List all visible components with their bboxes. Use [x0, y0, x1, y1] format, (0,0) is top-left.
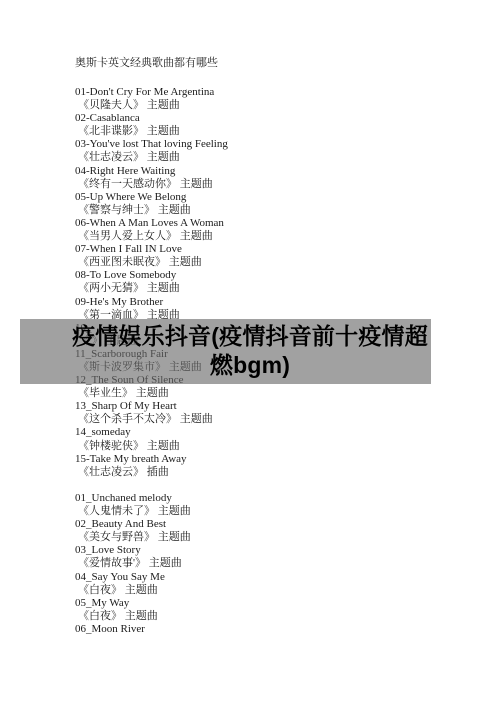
song-list-item: 01_Unchaned melody 《人鬼情未了》 主题曲	[75, 492, 490, 518]
song-title-line: 04_Say You Say Me	[75, 571, 490, 584]
song-title-line: 04-Right Here Waiting	[75, 165, 490, 178]
song-list-item: 02_Beauty And Best 《美女与野兽》 主题曲	[75, 518, 490, 544]
song-title-line: 03-You've lost That loving Feeling	[75, 138, 490, 151]
song-list-item: 01-Don't Cry For Me Argentina 《贝隆夫人》 主题曲	[75, 86, 490, 112]
song-title-line: 14_someday	[75, 426, 490, 439]
song-list-item: 02-Casablanca 《北非谍影》 主题曲	[75, 112, 490, 138]
song-title-line: 02-Casablanca	[75, 112, 490, 125]
song-movie-line: 《白夜》 主题曲	[75, 584, 490, 597]
song-title-line: 07-When I Fall IN Love	[75, 243, 490, 256]
watermark-title-line1: 疫情娱乐抖音(疫情抖音前十疫情超	[0, 322, 500, 351]
song-movie-line: 《终有一天感动你》 主题曲	[75, 178, 490, 191]
song-list-item: 03-You've lost That loving Feeling 《壮志凌云…	[75, 138, 490, 164]
song-title-line: 13_Sharp Of My Heart	[75, 400, 490, 413]
song-title-line: 15-Take My breath Away	[75, 453, 490, 466]
song-movie-line: 《警察与绅士》 主题曲	[75, 204, 490, 217]
song-list-item: 03_Love Story 《爱情故事'》 主题曲	[75, 544, 490, 570]
oscar-song-list: 01-Don't Cry For Me Argentina 《贝隆夫人》 主题曲…	[75, 86, 490, 479]
song-title-line: 03_Love Story	[75, 544, 490, 557]
song-title-line: 09-He's My Brother	[75, 296, 490, 309]
song-movie-line: 《西亚图未眠夜》 主题曲	[75, 256, 490, 269]
song-movie-line: 《爱情故事'》 主题曲	[75, 557, 490, 570]
song-title-line: 05_My Way	[75, 597, 490, 610]
song-list-item: 08-To Love Somebody 《两小无猜》 主题曲	[75, 269, 490, 295]
song-list-item: 06-When A Man Loves A Woman 《当男人爱上女人》 主题…	[75, 217, 490, 243]
article-heading: 奥斯卡英文经典歌曲都有哪些	[75, 56, 218, 70]
song-title-line: 06-When A Man Loves A Woman	[75, 217, 490, 230]
song-title-line: 06_Moon River	[75, 623, 490, 636]
song-movie-line: 《贝隆夫人》 主题曲	[75, 99, 490, 112]
watermark-title-line2: 燃bgm)	[0, 351, 500, 380]
song-movie-line: 《美女与野兽》 主题曲	[75, 531, 490, 544]
song-list-item: 15-Take My breath Away 《壮志凌云》 插曲	[75, 453, 490, 479]
song-title-line: 01_Unchaned melody	[75, 492, 490, 505]
song-movie-line: 《当男人爱上女人》 主题曲	[75, 230, 490, 243]
article-page: 奥斯卡英文经典歌曲都有哪些 01-Don't Cry For Me Argent…	[0, 0, 500, 706]
song-list-item: 09-He's My Brother 《第一滴血》 主题曲	[75, 296, 490, 322]
song-movie-line	[75, 636, 490, 649]
song-movie-line: 《人鬼情未了》 主题曲	[75, 505, 490, 518]
song-list-item: 07-When I Fall IN Love 《西亚图未眠夜》 主题曲	[75, 243, 490, 269]
song-movie-line: 《北非谍影》 主题曲	[75, 125, 490, 138]
classic-song-list: 01_Unchaned melody 《人鬼情未了》 主题曲 02_Beauty…	[75, 492, 490, 649]
song-title-line: 01-Don't Cry For Me Argentina	[75, 86, 490, 99]
song-movie-line: 《壮志凌云》 主题曲	[75, 151, 490, 164]
song-movie-line: 《两小无猜》 主题曲	[75, 282, 490, 295]
song-list-item: 05-Up Where We Belong 《警察与绅士》 主题曲	[75, 191, 490, 217]
song-list-item: 06_Moon River	[75, 623, 490, 649]
song-movie-line: 《钟楼驼侠》 主题曲	[75, 440, 490, 453]
song-list-item: 04-Right Here Waiting 《终有一天感动你》 主题曲	[75, 165, 490, 191]
song-movie-line: 《白夜》 主题曲	[75, 610, 490, 623]
song-list-item: 14_someday 《钟楼驼侠》 主题曲	[75, 426, 490, 452]
song-movie-line: 《这个杀手不太冷》 主题曲	[75, 413, 490, 426]
song-title-line: 08-To Love Somebody	[75, 269, 490, 282]
song-list-item: 13_Sharp Of My Heart 《这个杀手不太冷》 主题曲	[75, 400, 490, 426]
song-movie-line: 《毕业生》 主题曲	[75, 387, 490, 400]
song-list-item: 04_Say You Say Me 《白夜》 主题曲	[75, 571, 490, 597]
song-title-line: 02_Beauty And Best	[75, 518, 490, 531]
song-title-line: 05-Up Where We Belong	[75, 191, 490, 204]
watermark-title: 疫情娱乐抖音(疫情抖音前十疫情超 燃bgm)	[0, 322, 500, 380]
song-list-item: 05_My Way 《白夜》 主题曲	[75, 597, 490, 623]
song-movie-line: 《壮志凌云》 插曲	[75, 466, 490, 479]
